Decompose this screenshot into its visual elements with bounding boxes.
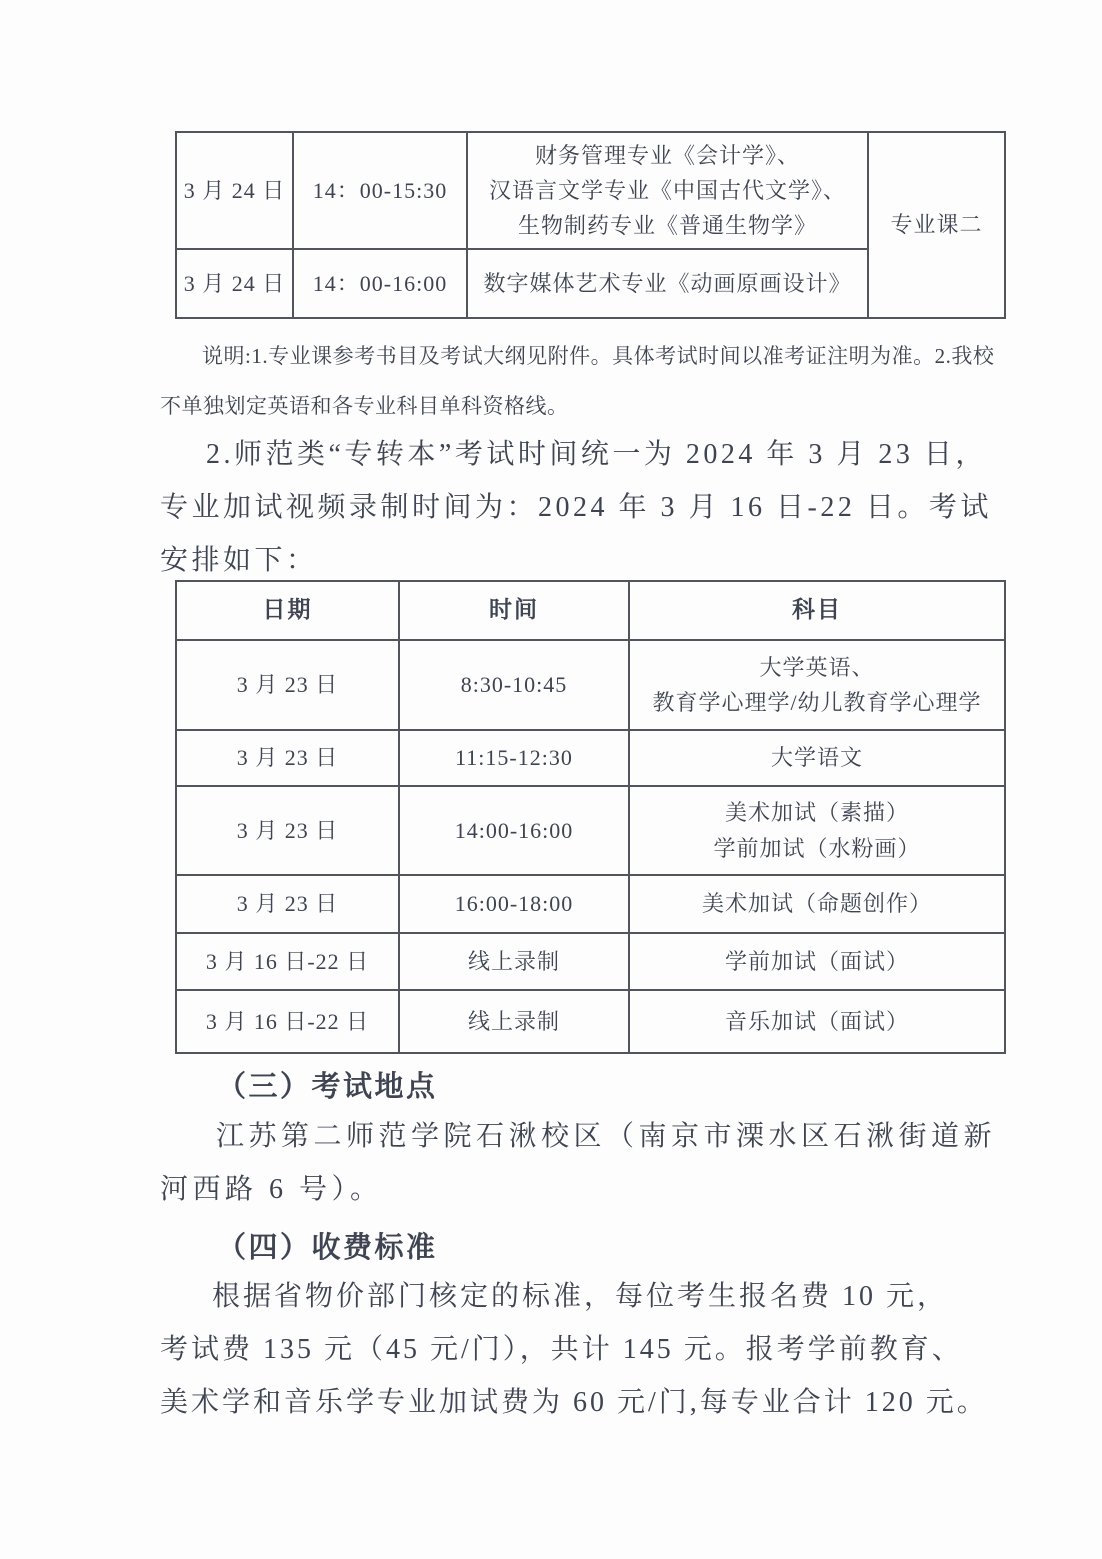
document-page: 3 月 24 日 14：00-15:30 财务管理专业《会计学》、 汉语言文学专… xyxy=(0,0,1102,1559)
exam-time-cell: 14：00-16:00 xyxy=(293,249,467,318)
table-row: 3 月 23 日 16:00-18:00 美术加试（命题创作） xyxy=(176,875,1005,933)
paragraph-line: 河西路 6 号）。 xyxy=(160,1163,1022,1216)
subject-line: 美术加试（素描） xyxy=(634,795,1000,830)
exam-time-cell: 14：00-15:30 xyxy=(293,132,467,249)
subject-line: 大学英语、 xyxy=(634,650,1000,685)
fee-standard-paragraph: 根据省物价部门核定的标准，每位考生报名费 10 元， 考试费 135 元（45 … xyxy=(160,1270,1026,1429)
section-heading-exam-location: （三）考试地点 xyxy=(160,1064,438,1105)
paragraph-line: 江苏第二师范学院石湫校区（南京市溧水区石湫街道新 xyxy=(160,1110,1022,1163)
exam-time-cell: 8:30-10:45 xyxy=(399,640,629,730)
exam-session-merged-cell: 专业课二 xyxy=(868,132,1005,318)
table-row: 3 月 23 日 8:30-10:45 大学英语、 教育学心理学/幼儿教育学心理… xyxy=(176,640,1005,730)
subject-line: 财务管理专业《会计学》、 xyxy=(472,138,863,173)
exam-subject-cell: 大学语文 xyxy=(629,730,1005,786)
table-row: 3 月 24 日 14：00-15:30 财务管理专业《会计学》、 汉语言文学专… xyxy=(176,132,1005,249)
subject-line: 汉语言文学专业《中国古代文学》、 xyxy=(472,173,863,208)
paragraph-line: 2.师范类“专转本”考试时间统一为 2024 年 3 月 23 日， xyxy=(160,428,1022,481)
exam-date-cell: 3 月 23 日 xyxy=(176,640,399,730)
exam-time-cell: 线上录制 xyxy=(399,933,629,990)
paragraph-line: 根据省物价部门核定的标准，每位考生报名费 10 元， xyxy=(160,1270,1026,1323)
header-time: 时间 xyxy=(399,581,629,640)
exam-time-cell: 线上录制 xyxy=(399,990,629,1053)
exam-date-cell: 3 月 24 日 xyxy=(176,249,293,318)
exam-subject-cell: 学前加试（面试） xyxy=(629,933,1005,990)
header-subject: 科目 xyxy=(629,581,1005,640)
exam-date-cell: 3 月 23 日 xyxy=(176,786,399,875)
paragraph-line: 美术学和音乐学专业加试费为 60 元/门,每专业合计 120 元。 xyxy=(160,1376,1026,1429)
exam-subject-cell: 大学英语、 教育学心理学/幼儿教育学心理学 xyxy=(629,640,1005,730)
subject-line: 教育学心理学/幼儿教育学心理学 xyxy=(634,685,1000,720)
exam-subject-cell: 数字媒体艺术专业《动画原画设计》 xyxy=(467,249,868,318)
subject-line: 学前加试（水粉画） xyxy=(634,831,1000,866)
exam-date-cell: 3 月 23 日 xyxy=(176,875,399,933)
paragraph-line: 专业加试视频录制时间为：2024 年 3 月 16 日-22 日。考试 xyxy=(160,481,1022,534)
header-date: 日期 xyxy=(176,581,399,640)
exam-time-cell: 11:15-12:30 xyxy=(399,730,629,786)
note-line: 不单独划定英语和各专业科目单科资格线。 xyxy=(160,381,1016,431)
exam-date-cell: 3 月 16 日-22 日 xyxy=(176,990,399,1053)
exam-date-cell: 3 月 23 日 xyxy=(176,730,399,786)
teacher-track-exam-paragraph: 2.师范类“专转本”考试时间统一为 2024 年 3 月 23 日， 专业加试视… xyxy=(160,428,1022,587)
table-note: 说明:1.专业课参考书目及考试大纲见附件。具体考试时间以准考证注明为准。2.我校… xyxy=(160,331,1016,431)
subject-line: 大学语文 xyxy=(634,740,1000,775)
subject-line: 生物制药专业《普通生物学》 xyxy=(472,208,863,243)
table-row: 3 月 16 日-22 日 线上录制 音乐加试（面试） xyxy=(176,990,1005,1053)
table-row: 3 月 16 日-22 日 线上录制 学前加试（面试） xyxy=(176,933,1005,990)
subject-line: 音乐加试（面试） xyxy=(634,1004,1000,1039)
exam-time-cell: 14:00-16:00 xyxy=(399,786,629,875)
teacher-track-exam-table: 日期 时间 科目 3 月 23 日 8:30-10:45 大学英语、 教育学心理… xyxy=(175,580,1006,1054)
professional-course-exam-table: 3 月 24 日 14：00-15:30 财务管理专业《会计学》、 汉语言文学专… xyxy=(175,131,1006,319)
table-header-row: 日期 时间 科目 xyxy=(176,581,1005,640)
exam-subject-cell: 美术加试（命题创作） xyxy=(629,875,1005,933)
exam-time-cell: 16:00-18:00 xyxy=(399,875,629,933)
subject-line: 数字媒体艺术专业《动画原画设计》 xyxy=(472,266,863,301)
note-line: 说明:1.专业课参考书目及考试大纲见附件。具体考试时间以准考证注明为准。2.我校 xyxy=(160,331,1016,381)
table-row: 3 月 23 日 11:15-12:30 大学语文 xyxy=(176,730,1005,786)
section-heading-fee-standard: （四）收费标准 xyxy=(160,1225,438,1266)
exam-date-cell: 3 月 16 日-22 日 xyxy=(176,933,399,990)
paragraph-line: 考试费 135 元（45 元/门），共计 145 元。报考学前教育、 xyxy=(160,1323,1026,1376)
subject-line: 美术加试（命题创作） xyxy=(634,886,1000,921)
exam-location-paragraph: 江苏第二师范学院石湫校区（南京市溧水区石湫街道新 河西路 6 号）。 xyxy=(160,1110,1022,1216)
exam-date-cell: 3 月 24 日 xyxy=(176,132,293,249)
exam-subject-cell: 音乐加试（面试） xyxy=(629,990,1005,1053)
exam-subject-cell: 财务管理专业《会计学》、 汉语言文学专业《中国古代文学》、 生物制药专业《普通生… xyxy=(467,132,868,249)
subject-line: 学前加试（面试） xyxy=(634,944,1000,979)
exam-subject-cell: 美术加试（素描） 学前加试（水粉画） xyxy=(629,786,1005,875)
table-row: 3 月 23 日 14:00-16:00 美术加试（素描） 学前加试（水粉画） xyxy=(176,786,1005,875)
